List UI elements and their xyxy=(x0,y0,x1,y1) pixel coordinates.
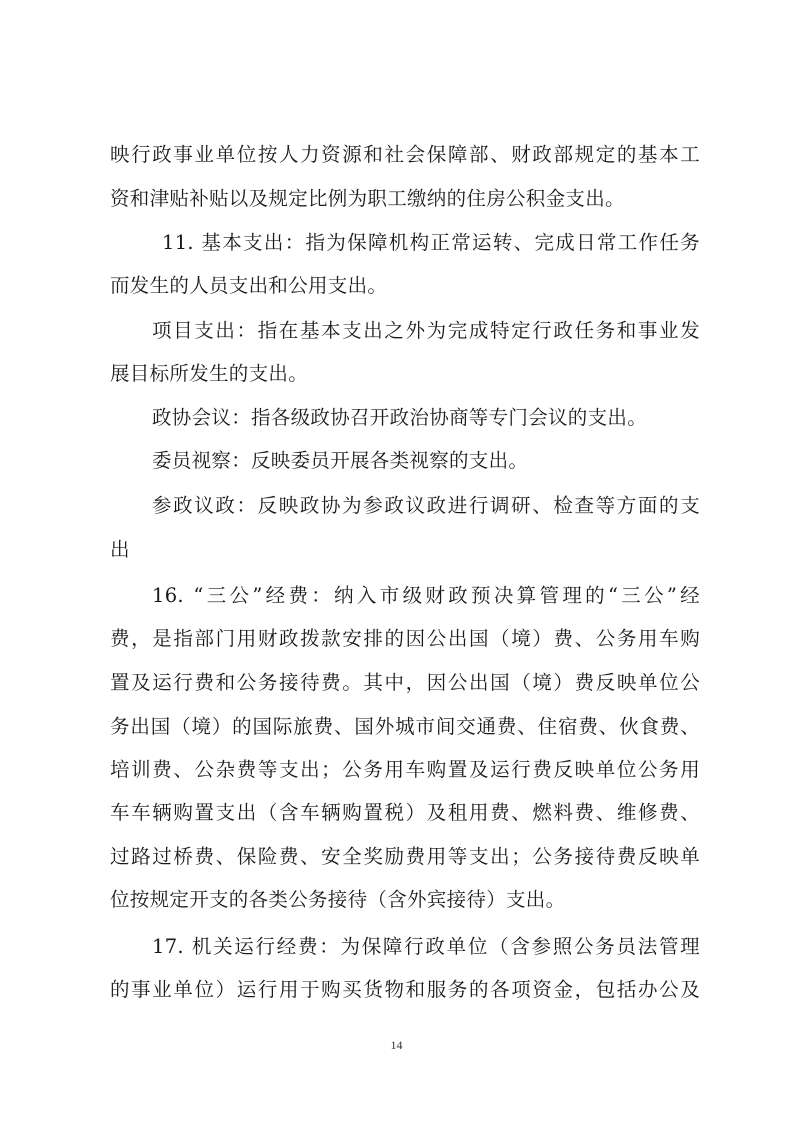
text-line: 培训费、公杂费等支出；公务用车购置及运行费反映单位公务用 xyxy=(110,755,700,785)
text-line: 过路过桥费、保险费、安全奖励费用等支出；公务接待费反映单 xyxy=(110,842,700,872)
text-line: 的事业单位）运行用于购买货物和服务的各项资金，包括办公及 xyxy=(110,975,700,1005)
section-11-heading-line: 11. 基本支出：指为保障机构正常运转、完成日常工作任务 xyxy=(162,228,700,258)
text-line: 车车辆购置支出（含车辆购置税）及租用费、燃料费、维修费、 xyxy=(110,798,700,828)
text-line: 映行政事业单位按人力资源和社会保障部、财政部规定的基本工 xyxy=(110,140,700,170)
text-line: 置及运行费和公务接待费。其中，因公出国（境）费反映单位公 xyxy=(110,668,700,698)
text-line: 费，是指部门用财政拨款安排的因公出国（境）费、公务用车购 xyxy=(110,624,700,654)
text-line: 位按规定开支的各类公务接待（含外宾接待）支出。 xyxy=(110,885,700,915)
project-expenditure-line: 项目支出：指在基本支出之外为完成特定行政任务和事业发 xyxy=(152,316,700,346)
section-17-heading-line: 17. 机关运行经费：为保障行政单位（含参照公务员法管理 xyxy=(152,932,700,962)
member-inspection-line: 委员视察：反映委员开展各类视察的支出。 xyxy=(152,446,700,476)
document-page: 映行政事业单位按人力资源和社会保障部、财政部规定的基本工 资和津贴补贴以及规定比… xyxy=(0,0,793,1122)
cppcc-meeting-line: 政协会议：指各级政协召开政治协商等专门会议的支出。 xyxy=(152,403,700,433)
text-line: 出 xyxy=(110,535,700,565)
text-line: 务出国（境）的国际旅费、国外城市间交通费、住宿费、伙食费、 xyxy=(110,712,700,742)
text-line: 展目标所发生的支出。 xyxy=(110,359,700,389)
section-16-heading-line: 16. “三公”经费：纳入市级财政预决算管理的“三公”经 xyxy=(152,581,700,611)
political-participation-line: 参政议政：反映政协为参政议政进行调研、检查等方面的支 xyxy=(152,491,700,521)
text-line: 资和津贴补贴以及规定比例为职工缴纳的住房公积金支出。 xyxy=(110,184,700,214)
text-line: 而发生的人员支出和公用支出。 xyxy=(110,271,700,301)
page-number: 14 xyxy=(0,1038,793,1053)
